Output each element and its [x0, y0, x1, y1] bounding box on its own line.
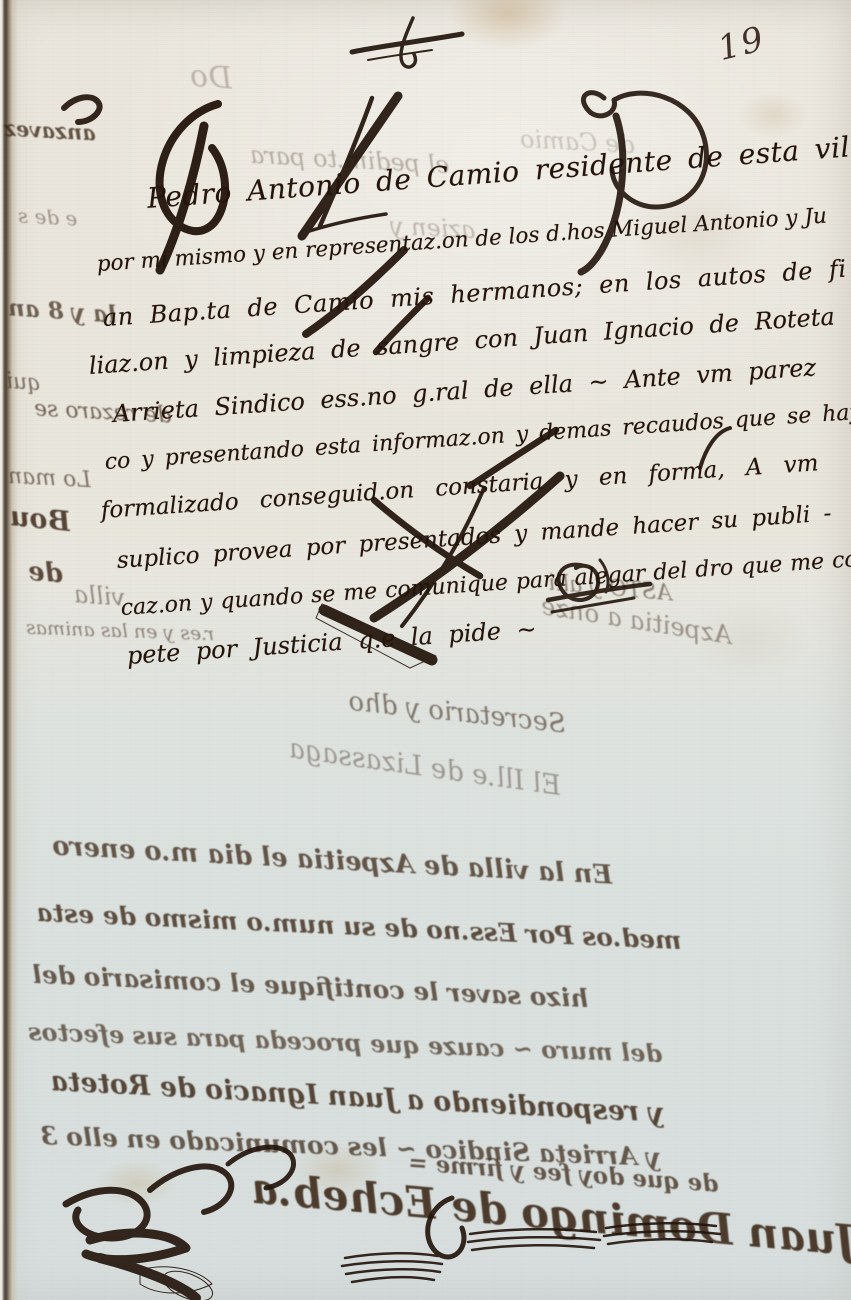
paper-stain	[96, 1160, 176, 1206]
bleedthrough-fragment: Do	[189, 59, 233, 97]
paper-stain	[448, 0, 568, 50]
bleedthrough-fragment: la y 8 an	[7, 294, 117, 329]
cross-mark-icon	[352, 18, 462, 67]
bleedthrough-fragment: de	[27, 557, 64, 589]
bleedthrough-fragment: qui	[5, 369, 42, 396]
page-number: 19	[714, 19, 770, 69]
binding-edge	[0, 0, 18, 1300]
manuscript-page: anzavezDoe de sla y 8 anquide rezaro seL…	[0, 0, 851, 1300]
bleedthrough-fragment: Secretario y dho	[347, 687, 567, 740]
paper-stain	[738, 92, 808, 138]
bleedthrough-fragment: med.os Por Ess.no de su num.o mismo de e…	[36, 898, 682, 955]
bleedthrough-fragment: e de s	[17, 203, 78, 230]
bleedthrough-fragment: y respondiendo a Juan Ignacio de Roteta	[50, 1066, 665, 1129]
bleedthrough-fragment: villa	[73, 580, 126, 611]
bleedthrough-fragment: El Ill.e de Lizassaga	[287, 733, 563, 802]
bleedthrough-fragment: del muro ~ cauze que proceda para sus ef…	[28, 1017, 663, 1068]
bleedthrough-fragment: Bou	[9, 501, 72, 538]
rubric-loop-icon	[581, 93, 706, 272]
bleedthrough-fragment: hizo saver le contifique el comisario de…	[32, 960, 589, 1013]
bleedthrough-fragment: En la villa de Azpeitia el dia m.o enero	[52, 831, 614, 890]
bleedthrough-fragment: Lo man	[7, 464, 91, 493]
bleedthrough-fragment: anzavez	[3, 116, 96, 146]
